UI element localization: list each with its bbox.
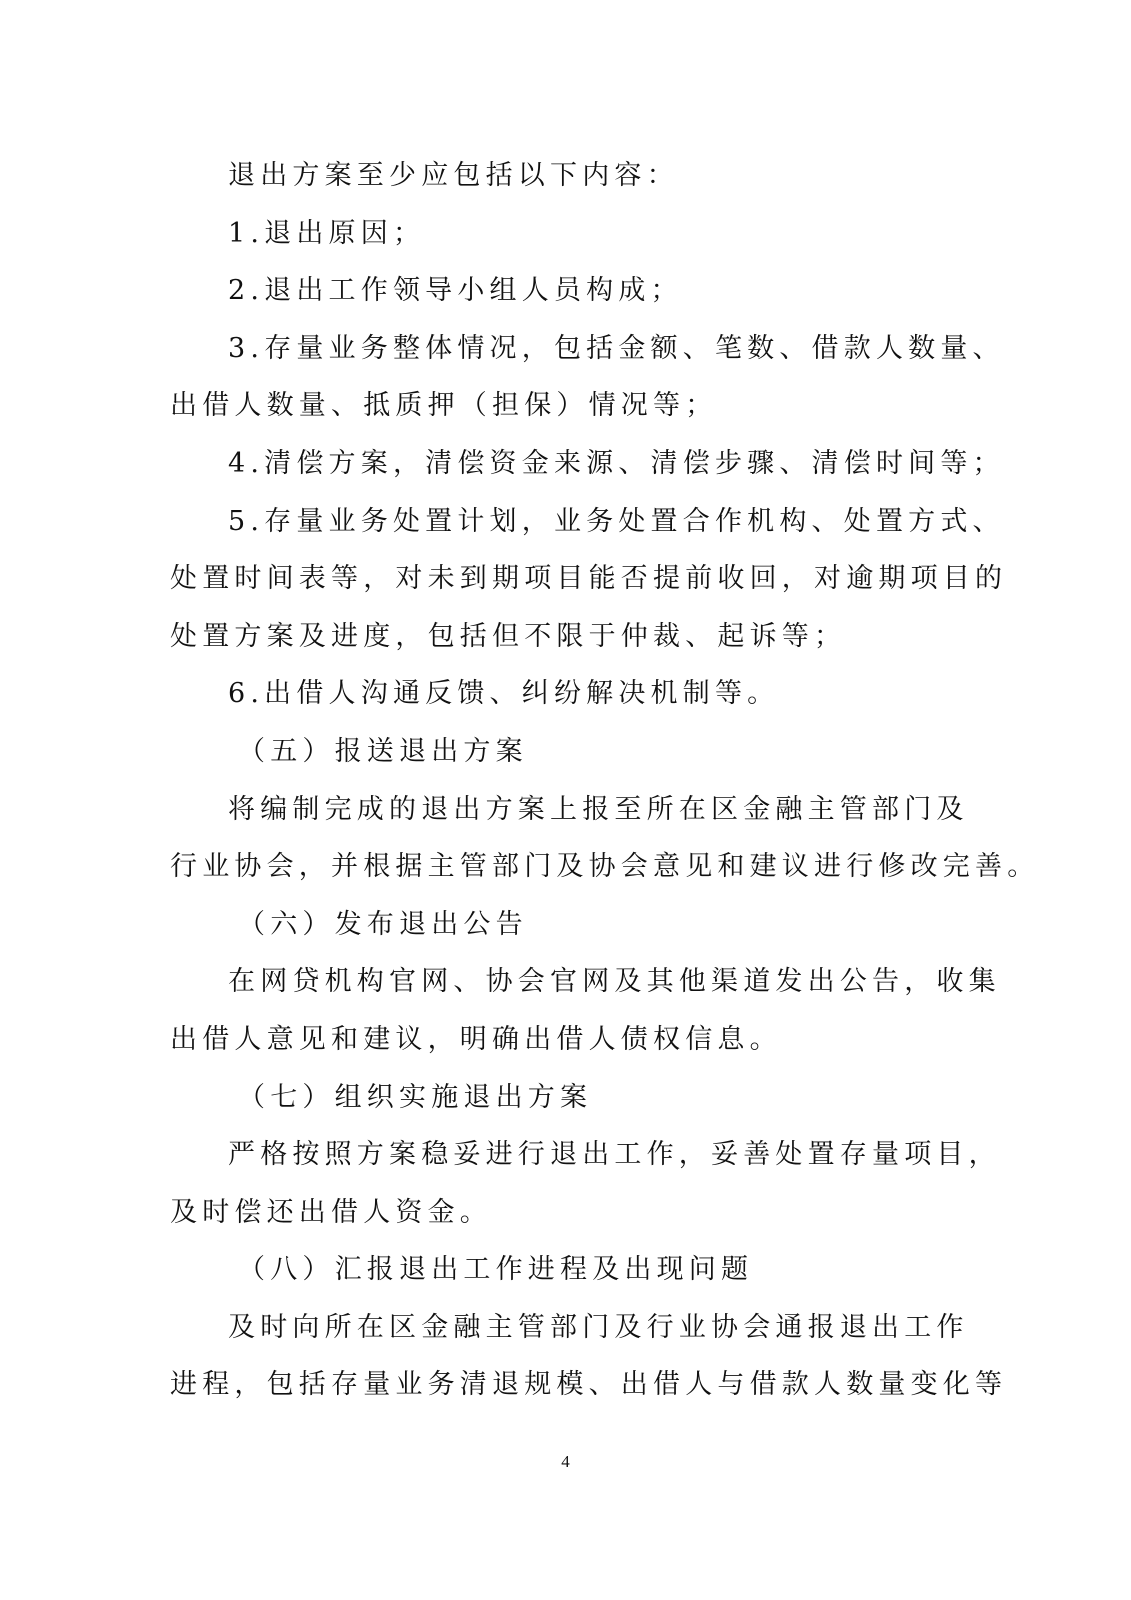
section-heading-7: （七）组织实施退出方案 (170, 1069, 960, 1127)
section-8-paragraph-continued: 进程，包括存量业务清退规模、出借人与借款人数量变化等 (170, 1356, 960, 1414)
section-7-paragraph: 严格按照方案稳妥进行退出工作，妥善处置存量项目， (170, 1126, 960, 1184)
section-heading-6: （六）发布退出公告 (170, 896, 960, 954)
section-heading-8: （八）汇报退出工作进程及出现问题 (170, 1241, 960, 1299)
list-item-3-continued: 出借人数量、抵质押（担保）情况等； (170, 377, 960, 435)
section-8-paragraph: 及时向所在区金融主管部门及行业协会通报退出工作 (170, 1299, 960, 1357)
document-page: 退出方案至少应包括以下内容： 1.退出原因； 2.退出工作领导小组人员构成； 3… (0, 0, 1131, 1600)
list-item-1: 1.退出原因； (170, 205, 960, 263)
page-number: 4 (0, 1452, 1131, 1472)
list-item-3: 3.存量业务整体情况，包括金额、笔数、借款人数量、 (170, 320, 960, 378)
section-5-paragraph-continued: 行业协会，并根据主管部门及协会意见和建议进行修改完善。 (170, 838, 960, 896)
section-6-paragraph: 在网贷机构官网、协会官网及其他渠道发出公告，收集 (170, 953, 960, 1011)
section-5-paragraph: 将编制完成的退出方案上报至所在区金融主管部门及 (170, 781, 960, 839)
list-item-5-continued: 处置时间表等，对未到期项目能否提前收回，对逾期项目的 (170, 550, 960, 608)
list-item-2: 2.退出工作领导小组人员构成； (170, 262, 960, 320)
paragraph-intro: 退出方案至少应包括以下内容： (170, 147, 960, 205)
section-heading-5: （五）报送退出方案 (170, 723, 960, 781)
list-item-6: 6.出借人沟通反馈、纠纷解决机制等。 (170, 665, 960, 723)
list-item-5: 5.存量业务处置计划，业务处置合作机构、处置方式、 (170, 493, 960, 551)
list-item-5-continued: 处置方案及进度，包括但不限于仲裁、起诉等； (170, 608, 960, 666)
list-item-4: 4.清偿方案，清偿资金来源、清偿步骤、清偿时间等； (170, 435, 960, 493)
section-7-paragraph-continued: 及时偿还出借人资金。 (170, 1184, 960, 1242)
section-6-paragraph-continued: 出借人意见和建议，明确出借人债权信息。 (170, 1011, 960, 1069)
document-body: 退出方案至少应包括以下内容： 1.退出原因； 2.退出工作领导小组人员构成； 3… (170, 147, 960, 1414)
